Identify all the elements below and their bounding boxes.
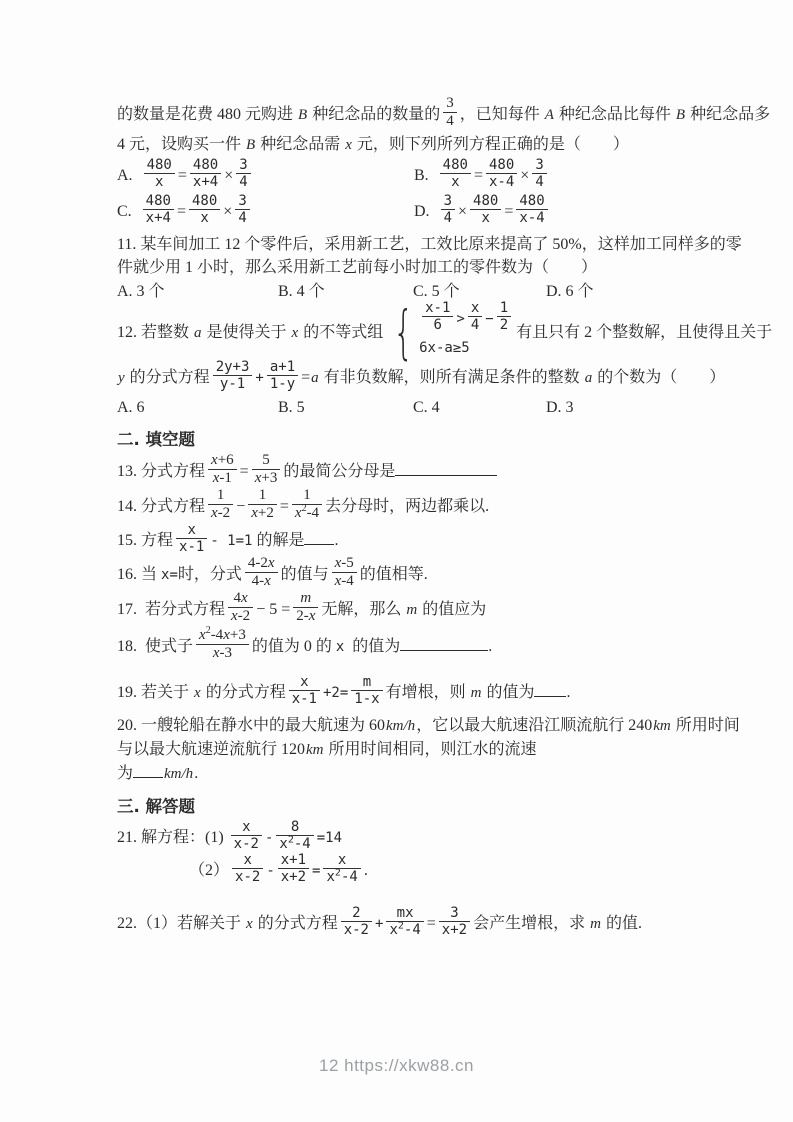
denominator: 1-y bbox=[267, 376, 298, 392]
numerator: 480 bbox=[143, 193, 174, 210]
text-run: 种纪念品的数量的 bbox=[308, 106, 440, 123]
numerator: 480 bbox=[440, 157, 471, 174]
text-run: . bbox=[488, 638, 492, 655]
numerator: 480 bbox=[144, 157, 175, 174]
text-run: x= bbox=[161, 567, 178, 583]
q17-stem: 17. 若分式方程4xx-2− 5 =m2-x无解，那么 m 的值应为 bbox=[117, 593, 682, 628]
numerator: 3 bbox=[443, 95, 457, 113]
text-run: 的不等式组 bbox=[299, 324, 383, 341]
page-footer: 12 https://xkw88.cn bbox=[0, 1056, 793, 1076]
variable: x bbox=[291, 325, 300, 341]
text-run: （2） bbox=[189, 862, 229, 879]
superscript: 2 bbox=[206, 625, 211, 636]
text-run: = bbox=[427, 915, 436, 932]
q18-stem: 18. 使式子x2-4x+3x-3的值为 0 的 x 的值为. bbox=[117, 630, 682, 665]
q19-stem: 19. 若关于 x 的分式方程xx-1+2=m1-x有增根，则 m 的值为. bbox=[117, 677, 682, 710]
fraction: 34 bbox=[532, 157, 546, 190]
answer-blank bbox=[304, 529, 334, 545]
text-run: 22.（1）若解关于 bbox=[117, 915, 245, 932]
numerator: 480 bbox=[486, 157, 517, 174]
fraction: 480x+4 bbox=[143, 193, 174, 226]
numerator: 1 bbox=[248, 487, 277, 505]
fraction: 34 bbox=[443, 95, 457, 130]
text-run: 的值为 bbox=[482, 684, 534, 701]
q10-option-c: C. 480x+4=480x×34 bbox=[117, 196, 414, 229]
text-run: . bbox=[566, 684, 570, 701]
superscript: 2 bbox=[398, 920, 404, 931]
numerator: 480 bbox=[470, 193, 501, 210]
text-run: 13. 分式方程 bbox=[117, 463, 205, 480]
numerator: x bbox=[289, 674, 320, 691]
text-run: 20. 一艘轮船在静水中的最大航速为 60 bbox=[117, 717, 385, 734]
numerator: mx bbox=[386, 905, 423, 922]
numerator: 4x bbox=[228, 590, 253, 608]
fraction: x+1x+2 bbox=[278, 852, 309, 885]
worksheet-content: 的数量是花费 480 元购进 B 种纪念品的数量的34，已知每件 A 种纪念品比… bbox=[117, 98, 682, 941]
q12-options: A. 6 B. 5 C. 4 D. 3 bbox=[117, 397, 682, 419]
text-run: 6x-a≥5 bbox=[419, 340, 470, 356]
fraction: 1x2-4 bbox=[292, 487, 322, 522]
numerator: x bbox=[468, 300, 482, 317]
q11-option-d: D. 6 个 bbox=[546, 281, 682, 303]
fraction: 34 bbox=[235, 193, 249, 226]
q10-option-d: D. 34×480x=480x-4 bbox=[414, 196, 682, 229]
q22-stem: 22.（1）若解关于 x 的分式方程2x-2+mxx2-4=3x+2会产生增根，… bbox=[117, 908, 682, 941]
denominator: x-4 bbox=[516, 210, 547, 226]
text-run: = bbox=[504, 203, 513, 220]
variable: B bbox=[245, 137, 256, 153]
text-run: × bbox=[224, 167, 233, 184]
text-run: − 5 = bbox=[256, 601, 290, 618]
text-run: - bbox=[266, 863, 274, 879]
text-run: B. bbox=[414, 167, 437, 184]
denominator: x2-4 bbox=[276, 836, 313, 852]
denominator: 4 bbox=[532, 174, 546, 190]
fraction: 480x-4 bbox=[486, 157, 517, 190]
text-run: = bbox=[280, 498, 289, 515]
denominator: 4-x bbox=[245, 573, 278, 590]
text-run: × bbox=[223, 203, 232, 220]
fraction: 34 bbox=[441, 193, 455, 226]
q21-line2: （2）xx-2-x+1x+2=xx2-4. bbox=[189, 855, 682, 888]
denominator: x bbox=[144, 174, 175, 190]
text-run: 的分式方程 bbox=[202, 684, 286, 701]
q11-stem-line2: 件就少用 1 小时，那么采用新工艺前每小时加工的零件数为（ ） bbox=[117, 256, 682, 279]
numerator: 480 bbox=[189, 193, 220, 210]
denominator: x-1 bbox=[176, 539, 207, 555]
superscript: 2 bbox=[335, 867, 341, 878]
q10-options: A. 480x=480x+4×34 B. 480x=480x-4×34 C. 4… bbox=[117, 160, 682, 229]
denominator: x-1 bbox=[208, 470, 237, 487]
fraction: 3x+2 bbox=[439, 905, 470, 938]
text-run: 有非负数解，则所有满足条件的整数 bbox=[320, 369, 584, 386]
denominator: x-2 bbox=[208, 505, 233, 522]
q21-line1: 21. 解方程：(1) xx-2-8x2-4=14 bbox=[117, 822, 682, 855]
text-run: 15. 方程 bbox=[117, 532, 173, 549]
fraction: m2-x bbox=[293, 590, 318, 625]
q20-line2: 与以最大航速逆流航行 120km 所用时间相同，则江水的流速 bbox=[117, 738, 682, 762]
left-brace: { bbox=[394, 304, 414, 360]
fraction: 12 bbox=[497, 300, 511, 333]
text-run: 的值为 bbox=[344, 638, 400, 655]
denominator: x bbox=[470, 210, 501, 226]
fraction: x-16 bbox=[422, 300, 453, 333]
text-run: ，它以最大航速沿江顺流航行 240 bbox=[416, 717, 652, 734]
variable: a bbox=[310, 370, 320, 386]
text-run: 的最简公分母是 bbox=[283, 463, 395, 480]
fraction: 2x-2 bbox=[341, 905, 372, 938]
fraction: xx-2 bbox=[231, 819, 262, 852]
text-run: > bbox=[456, 311, 464, 327]
denominator: 6 bbox=[422, 317, 453, 333]
numerator: x+6 bbox=[208, 452, 237, 470]
text-run: 无解，那么 bbox=[321, 601, 405, 618]
denominator: 4 bbox=[236, 174, 250, 190]
answer-blank bbox=[133, 762, 163, 778]
fraction: 480x bbox=[470, 193, 501, 226]
text-run: = bbox=[312, 863, 320, 879]
text-run: 时，分式 bbox=[178, 566, 242, 583]
text-run: C. bbox=[117, 203, 140, 220]
denominator: x bbox=[189, 210, 220, 226]
fraction: xx-2 bbox=[232, 852, 263, 885]
denominator: 4 bbox=[235, 210, 249, 226]
inequality-system: {x-16>x4−126x-a≥5 bbox=[385, 303, 514, 360]
numerator: 3 bbox=[532, 157, 546, 174]
fraction: 480x bbox=[144, 157, 175, 190]
text-run: . bbox=[364, 862, 368, 879]
numerator: 8 bbox=[276, 819, 313, 836]
fraction: mxx2-4 bbox=[386, 905, 423, 938]
q12-option-c: C. 4 bbox=[413, 397, 546, 419]
text-run: 的个数为（ ） bbox=[593, 369, 725, 386]
text-run: 的数量是花费 480 元购进 bbox=[117, 106, 297, 123]
numerator: 3 bbox=[441, 193, 455, 210]
denominator: 4 bbox=[468, 317, 482, 333]
text-run: = bbox=[474, 167, 483, 184]
section-2-header: 二. 填空题 bbox=[117, 426, 682, 450]
fraction: 480x bbox=[189, 193, 220, 226]
q20-line3: 为km/h. bbox=[117, 762, 682, 786]
denominator: 4 bbox=[443, 113, 457, 130]
fraction: 5x+3 bbox=[252, 452, 281, 487]
text-run: 18. 使式子 bbox=[117, 638, 193, 655]
denominator: x-2 bbox=[228, 608, 253, 625]
text-run: 17. 若分式方程 bbox=[117, 601, 225, 618]
numerator: 3 bbox=[439, 905, 470, 922]
variable: km/h bbox=[385, 718, 416, 734]
numerator: a+1 bbox=[267, 359, 298, 376]
numerator: m bbox=[293, 590, 318, 608]
fraction: 4-2x4-x bbox=[245, 555, 278, 590]
denominator: x bbox=[440, 174, 471, 190]
text-run: 种纪念品多 bbox=[686, 106, 770, 123]
numerator: x bbox=[323, 852, 360, 869]
q12-stem-line2: y 的分式方程2y+3y-1+a+11-y=a 有非负数解，则所有满足条件的整数… bbox=[117, 362, 682, 395]
variable: B bbox=[675, 107, 686, 123]
text-run: × bbox=[520, 167, 529, 184]
denominator: 2-x bbox=[293, 608, 318, 625]
numerator: 480 bbox=[516, 193, 547, 210]
fraction: 1x+2 bbox=[248, 487, 277, 522]
text-run: 的解是 bbox=[252, 532, 304, 549]
worksheet-page: 的数量是花费 480 元购进 B 种纪念品的数量的34，已知每件 A 种纪念品比… bbox=[0, 0, 793, 1122]
superscript: 2 bbox=[302, 503, 307, 514]
fraction: 4xx-2 bbox=[228, 590, 253, 625]
variable: m bbox=[589, 916, 602, 932]
text-run: − bbox=[236, 498, 245, 515]
text-run: 的值应为 bbox=[418, 601, 486, 618]
q10-stem-line1: 的数量是花费 480 元购进 B 种纪念品的数量的34，已知每件 A 种纪念品比… bbox=[117, 98, 682, 133]
fraction: x+6x-1 bbox=[208, 452, 237, 487]
text-run: + bbox=[375, 916, 383, 932]
text-run: - 1=1 bbox=[210, 533, 252, 549]
denominator: x-2 bbox=[231, 836, 262, 852]
denominator: x+2 bbox=[278, 869, 309, 885]
fraction: xx-1 bbox=[176, 522, 207, 555]
text-run: = bbox=[178, 167, 187, 184]
variable: B bbox=[297, 107, 308, 123]
text-run: . bbox=[194, 765, 198, 782]
text-run: 16. 当 bbox=[117, 566, 161, 583]
variable: km bbox=[305, 742, 325, 758]
system-row: 6x-a≥5 bbox=[419, 336, 470, 360]
variable: x bbox=[193, 685, 202, 701]
text-run: A. bbox=[117, 167, 141, 184]
variable: m bbox=[405, 602, 418, 618]
numerator: x bbox=[232, 852, 263, 869]
q12-option-b: B. 5 bbox=[278, 397, 413, 419]
text-run: 所用时间相同，则江水的流速 bbox=[325, 741, 537, 758]
denominator: x+2 bbox=[248, 505, 277, 522]
numerator: 3 bbox=[235, 193, 249, 210]
text-run: 21. 解方程：(1) bbox=[117, 829, 228, 846]
fraction: xx2-4 bbox=[323, 852, 360, 885]
numerator: 1 bbox=[497, 300, 511, 317]
fraction: 1x-2 bbox=[208, 487, 233, 522]
denominator: x-4 bbox=[332, 573, 357, 590]
variable: m bbox=[470, 685, 483, 701]
fraction: x2-4x+3x-3 bbox=[196, 627, 249, 662]
fraction: 480x bbox=[440, 157, 471, 190]
denominator: x2-4 bbox=[386, 922, 423, 938]
text-run: 4 元，设购买一件 bbox=[117, 136, 245, 153]
superscript: 2 bbox=[288, 834, 294, 845]
fraction: 2y+3y-1 bbox=[213, 359, 253, 392]
denominator: y-1 bbox=[213, 376, 253, 392]
text-run: 种纪念品需 bbox=[256, 136, 344, 153]
answer-blank bbox=[534, 681, 566, 697]
variable: x bbox=[245, 916, 254, 932]
text-run: = bbox=[177, 203, 186, 220]
numerator: x-1 bbox=[422, 300, 453, 317]
text-run: 有且只有 2 个整数解，且使得且关于 bbox=[516, 324, 772, 341]
denominator: x-1 bbox=[289, 691, 320, 707]
denominator: x2-4 bbox=[292, 505, 322, 522]
fraction: a+11-y bbox=[267, 359, 298, 392]
numerator: x2-4x+3 bbox=[196, 627, 249, 645]
denominator: x+4 bbox=[190, 174, 221, 190]
text-run: 的分式方程 bbox=[254, 915, 338, 932]
text-run: 所用时间 bbox=[672, 717, 740, 734]
variable: a bbox=[584, 370, 594, 386]
q10-option-a: A. 480x=480x+4×34 bbox=[117, 160, 414, 193]
numerator: m bbox=[351, 674, 382, 691]
text-run: 12. 若整数 bbox=[117, 324, 193, 341]
denominator: 4 bbox=[441, 210, 455, 226]
answer-blank bbox=[395, 460, 497, 476]
numerator: 480 bbox=[190, 157, 221, 174]
text-run: 与以最大航速逆流航行 120 bbox=[117, 741, 305, 758]
q15-stem: 15. 方程xx-1- 1=1 的解是. bbox=[117, 525, 682, 558]
numerator: 1 bbox=[292, 487, 322, 505]
fraction: 480x+4 bbox=[190, 157, 221, 190]
text-run: =14 bbox=[317, 830, 342, 846]
q12-option-a: A. 6 bbox=[117, 397, 278, 419]
text-run: 件就少用 1 小时，那么采用新工艺前每小时加工的零件数为（ ） bbox=[117, 259, 597, 276]
numerator: x-5 bbox=[332, 555, 357, 573]
denominator: x+4 bbox=[143, 210, 174, 226]
system-row: x-16>x4−12 bbox=[419, 303, 514, 336]
numerator: x+1 bbox=[278, 852, 309, 869]
variable: km bbox=[652, 718, 672, 734]
fraction: 480x-4 bbox=[516, 193, 547, 226]
fraction: x4 bbox=[468, 300, 482, 333]
text-run: × bbox=[458, 203, 467, 220]
text-run: 是使得关于 bbox=[203, 324, 291, 341]
text-run: . bbox=[334, 532, 338, 549]
text-run: 的值相等. bbox=[360, 566, 428, 583]
text-run: 为 bbox=[117, 765, 133, 782]
text-run: = bbox=[301, 369, 310, 386]
q14-stem: 14. 分式方程1x-2−1x+2=1x2-4去分母时，两边都乘以. bbox=[117, 490, 682, 525]
text-run: 14. 分式方程 bbox=[117, 498, 205, 515]
variable: a bbox=[193, 325, 203, 341]
numerator: 5 bbox=[252, 452, 281, 470]
text-run: - bbox=[265, 830, 273, 846]
denominator: x2-4 bbox=[323, 869, 360, 885]
fraction: x-5x-4 bbox=[332, 555, 357, 590]
numerator: 3 bbox=[236, 157, 250, 174]
numerator: 2 bbox=[341, 905, 372, 922]
variable: A bbox=[544, 107, 555, 123]
variable: km/h bbox=[163, 766, 194, 782]
numerator: 2y+3 bbox=[213, 359, 253, 376]
denominator: x-4 bbox=[486, 174, 517, 190]
text-run: 种纪念品比每件 bbox=[555, 106, 675, 123]
text-run: D. bbox=[414, 203, 438, 220]
fraction: 34 bbox=[236, 157, 250, 190]
answer-blank bbox=[400, 635, 488, 651]
denominator: 2 bbox=[497, 317, 511, 333]
text-run: +2= bbox=[323, 685, 348, 701]
q12-option-d: D. 3 bbox=[546, 397, 682, 419]
q16-stem: 16. 当 x=时，分式4-2x4-x的值与x-5x-4的值相等. bbox=[117, 558, 682, 593]
text-run: 元，则下列所列方程正确的是（ ） bbox=[353, 136, 629, 153]
text-run: 11. 某车间加工 12 个零件后，采用新工艺，工效比原来提高了 50%，这样加… bbox=[117, 236, 742, 253]
text-run: 的值与 bbox=[281, 566, 329, 583]
fraction: 8x2-4 bbox=[276, 819, 313, 852]
text-run: − bbox=[485, 311, 493, 327]
variable: y bbox=[117, 370, 126, 386]
text-run: 有增根，则 bbox=[386, 684, 470, 701]
numerator: x bbox=[231, 819, 262, 836]
text-run: 的值为 0 的 bbox=[252, 638, 336, 655]
section-3-header: 三. 解答题 bbox=[117, 793, 682, 817]
text-run: + bbox=[255, 370, 263, 386]
denominator: x+2 bbox=[439, 922, 470, 938]
system-rows: x-16>x4−126x-a≥5 bbox=[419, 303, 514, 360]
fraction: m1-x bbox=[351, 674, 382, 707]
numerator: 1 bbox=[208, 487, 233, 505]
denominator: x-3 bbox=[196, 645, 249, 662]
denominator: x-2 bbox=[232, 869, 263, 885]
numerator: x bbox=[176, 522, 207, 539]
text-run: 的值. bbox=[602, 915, 642, 932]
q11-stem-line1: 11. 某车间加工 12 个零件后，采用新工艺，工效比原来提高了 50%，这样加… bbox=[117, 233, 682, 256]
variable: x bbox=[344, 137, 353, 153]
q20-line1: 20. 一艘轮船在静水中的最大航速为 60km/h，它以最大航速沿江顺流航行 2… bbox=[117, 714, 682, 738]
numerator: 4-2x bbox=[245, 555, 278, 573]
denominator: 1-x bbox=[351, 691, 382, 707]
text-run: ，已知每件 bbox=[460, 106, 544, 123]
text-run: 19. 若关于 bbox=[117, 684, 193, 701]
q12-stem-line1: 12. 若整数 a 是使得关于 x 的不等式组{x-16>x4−126x-a≥5… bbox=[117, 305, 682, 362]
q10-stem-line2: 4 元，设购买一件 B 种纪念品需 x 元，则下列所列方程正确的是（ ） bbox=[117, 133, 682, 157]
text-run: 会产生增根，求 bbox=[473, 915, 589, 932]
q10-option-b: B. 480x=480x-4×34 bbox=[414, 160, 682, 193]
denominator: x-2 bbox=[341, 922, 372, 938]
text-run: = bbox=[240, 463, 249, 480]
q13-stem: 13. 分式方程x+6x-1=5x+3的最简公分母是 bbox=[117, 455, 682, 490]
text-run: 的分式方程 bbox=[126, 369, 210, 386]
fraction: xx-1 bbox=[289, 674, 320, 707]
q11-option-a: A. 3 个 bbox=[117, 281, 278, 303]
text-run: 去分母时，两边都乘以. bbox=[325, 498, 489, 515]
denominator: x+3 bbox=[252, 470, 281, 487]
